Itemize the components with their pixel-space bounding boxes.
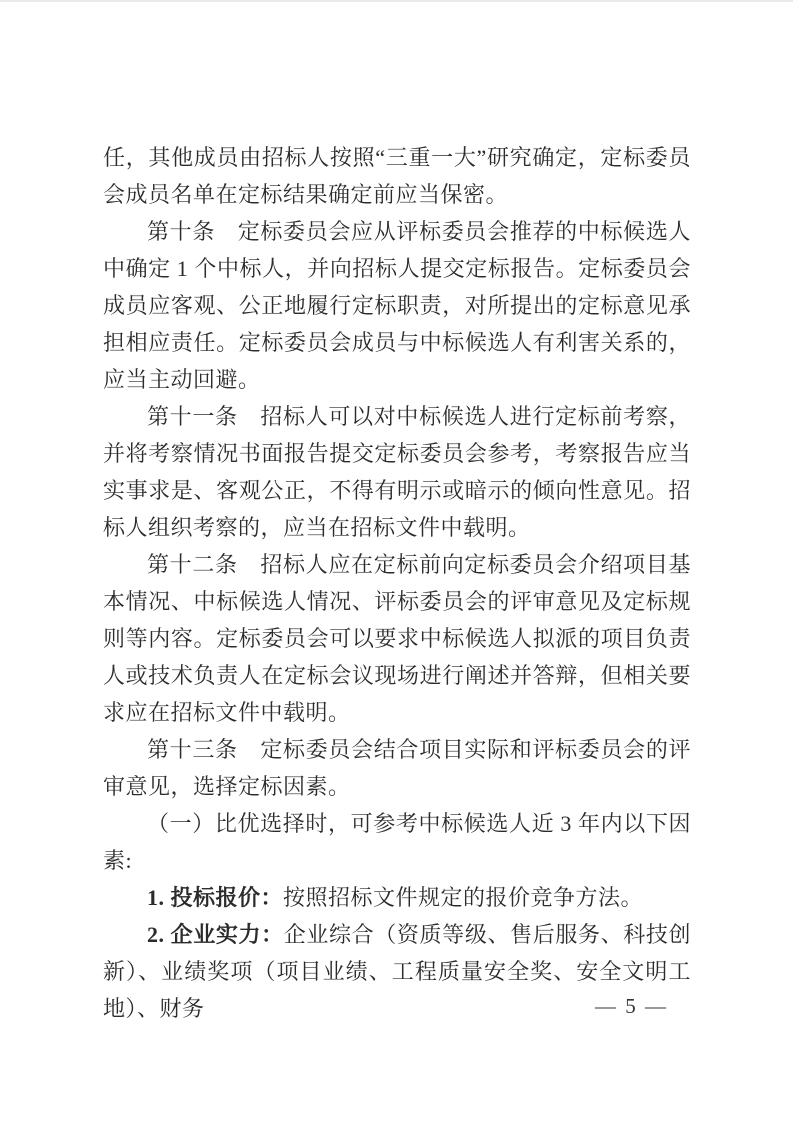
- text-run: 任，其他成员由招标人按照“三重一大”研究确定，定标委员会成员名单在定标结果确定前…: [103, 145, 691, 207]
- text-run: 第十二条 招标人应在定标前向定标委员会介绍项目基本情况、中标候选人情况、评标委员…: [103, 552, 691, 725]
- bold-label-run: 1. 投标报价：: [147, 885, 283, 910]
- paragraph: 第十条 定标委员会应从评标委员会推荐的中标候选人中确定 1 个中标人，并向招标人…: [103, 213, 691, 398]
- text-run: 按照招标文件规定的报价竞争方法。: [283, 885, 643, 910]
- paragraph: 第十二条 招标人应在定标前向定标委员会介绍项目基本情况、中标候选人情况、评标委员…: [103, 546, 691, 731]
- text-run: 第十三条 定标委员会结合项目实际和评标委员会的评审意见，选择定标因素。: [103, 737, 691, 799]
- text-run: （一）比优选择时，可参考中标候选人近 3 年内以下因素:: [103, 811, 691, 873]
- paragraph: （一）比优选择时，可参考中标候选人近 3 年内以下因素:: [103, 805, 691, 879]
- paragraph: 1. 投标报价：按照招标文件规定的报价竞争方法。: [103, 879, 691, 916]
- paragraph: 第十一条 招标人可以对中标候选人进行定标前考察，并将考察情况书面报告提交定标委员…: [103, 398, 691, 546]
- paragraph: 任，其他成员由招标人按照“三重一大”研究确定，定标委员会成员名单在定标结果确定前…: [103, 139, 691, 213]
- text-run: 第十一条 招标人可以对中标候选人进行定标前考察，并将考察情况书面报告提交定标委员…: [103, 404, 691, 540]
- text-run: 第十条 定标委员会应从评标委员会推荐的中标候选人中确定 1 个中标人，并向招标人…: [103, 219, 691, 392]
- scan-edge-artifact: [0, 0, 793, 2]
- document-body: 任，其他成员由招标人按照“三重一大”研究确定，定标委员会成员名单在定标结果确定前…: [103, 139, 691, 1027]
- bold-label-run: 2. 企业实力：: [147, 922, 284, 947]
- document-page: 任，其他成员由招标人按照“三重一大”研究确定，定标委员会成员名单在定标结果确定前…: [0, 0, 793, 1122]
- paragraph: 第十三条 定标委员会结合项目实际和评标委员会的评审意见，选择定标因素。: [103, 731, 691, 805]
- page-number: — 5 —: [595, 994, 705, 1018]
